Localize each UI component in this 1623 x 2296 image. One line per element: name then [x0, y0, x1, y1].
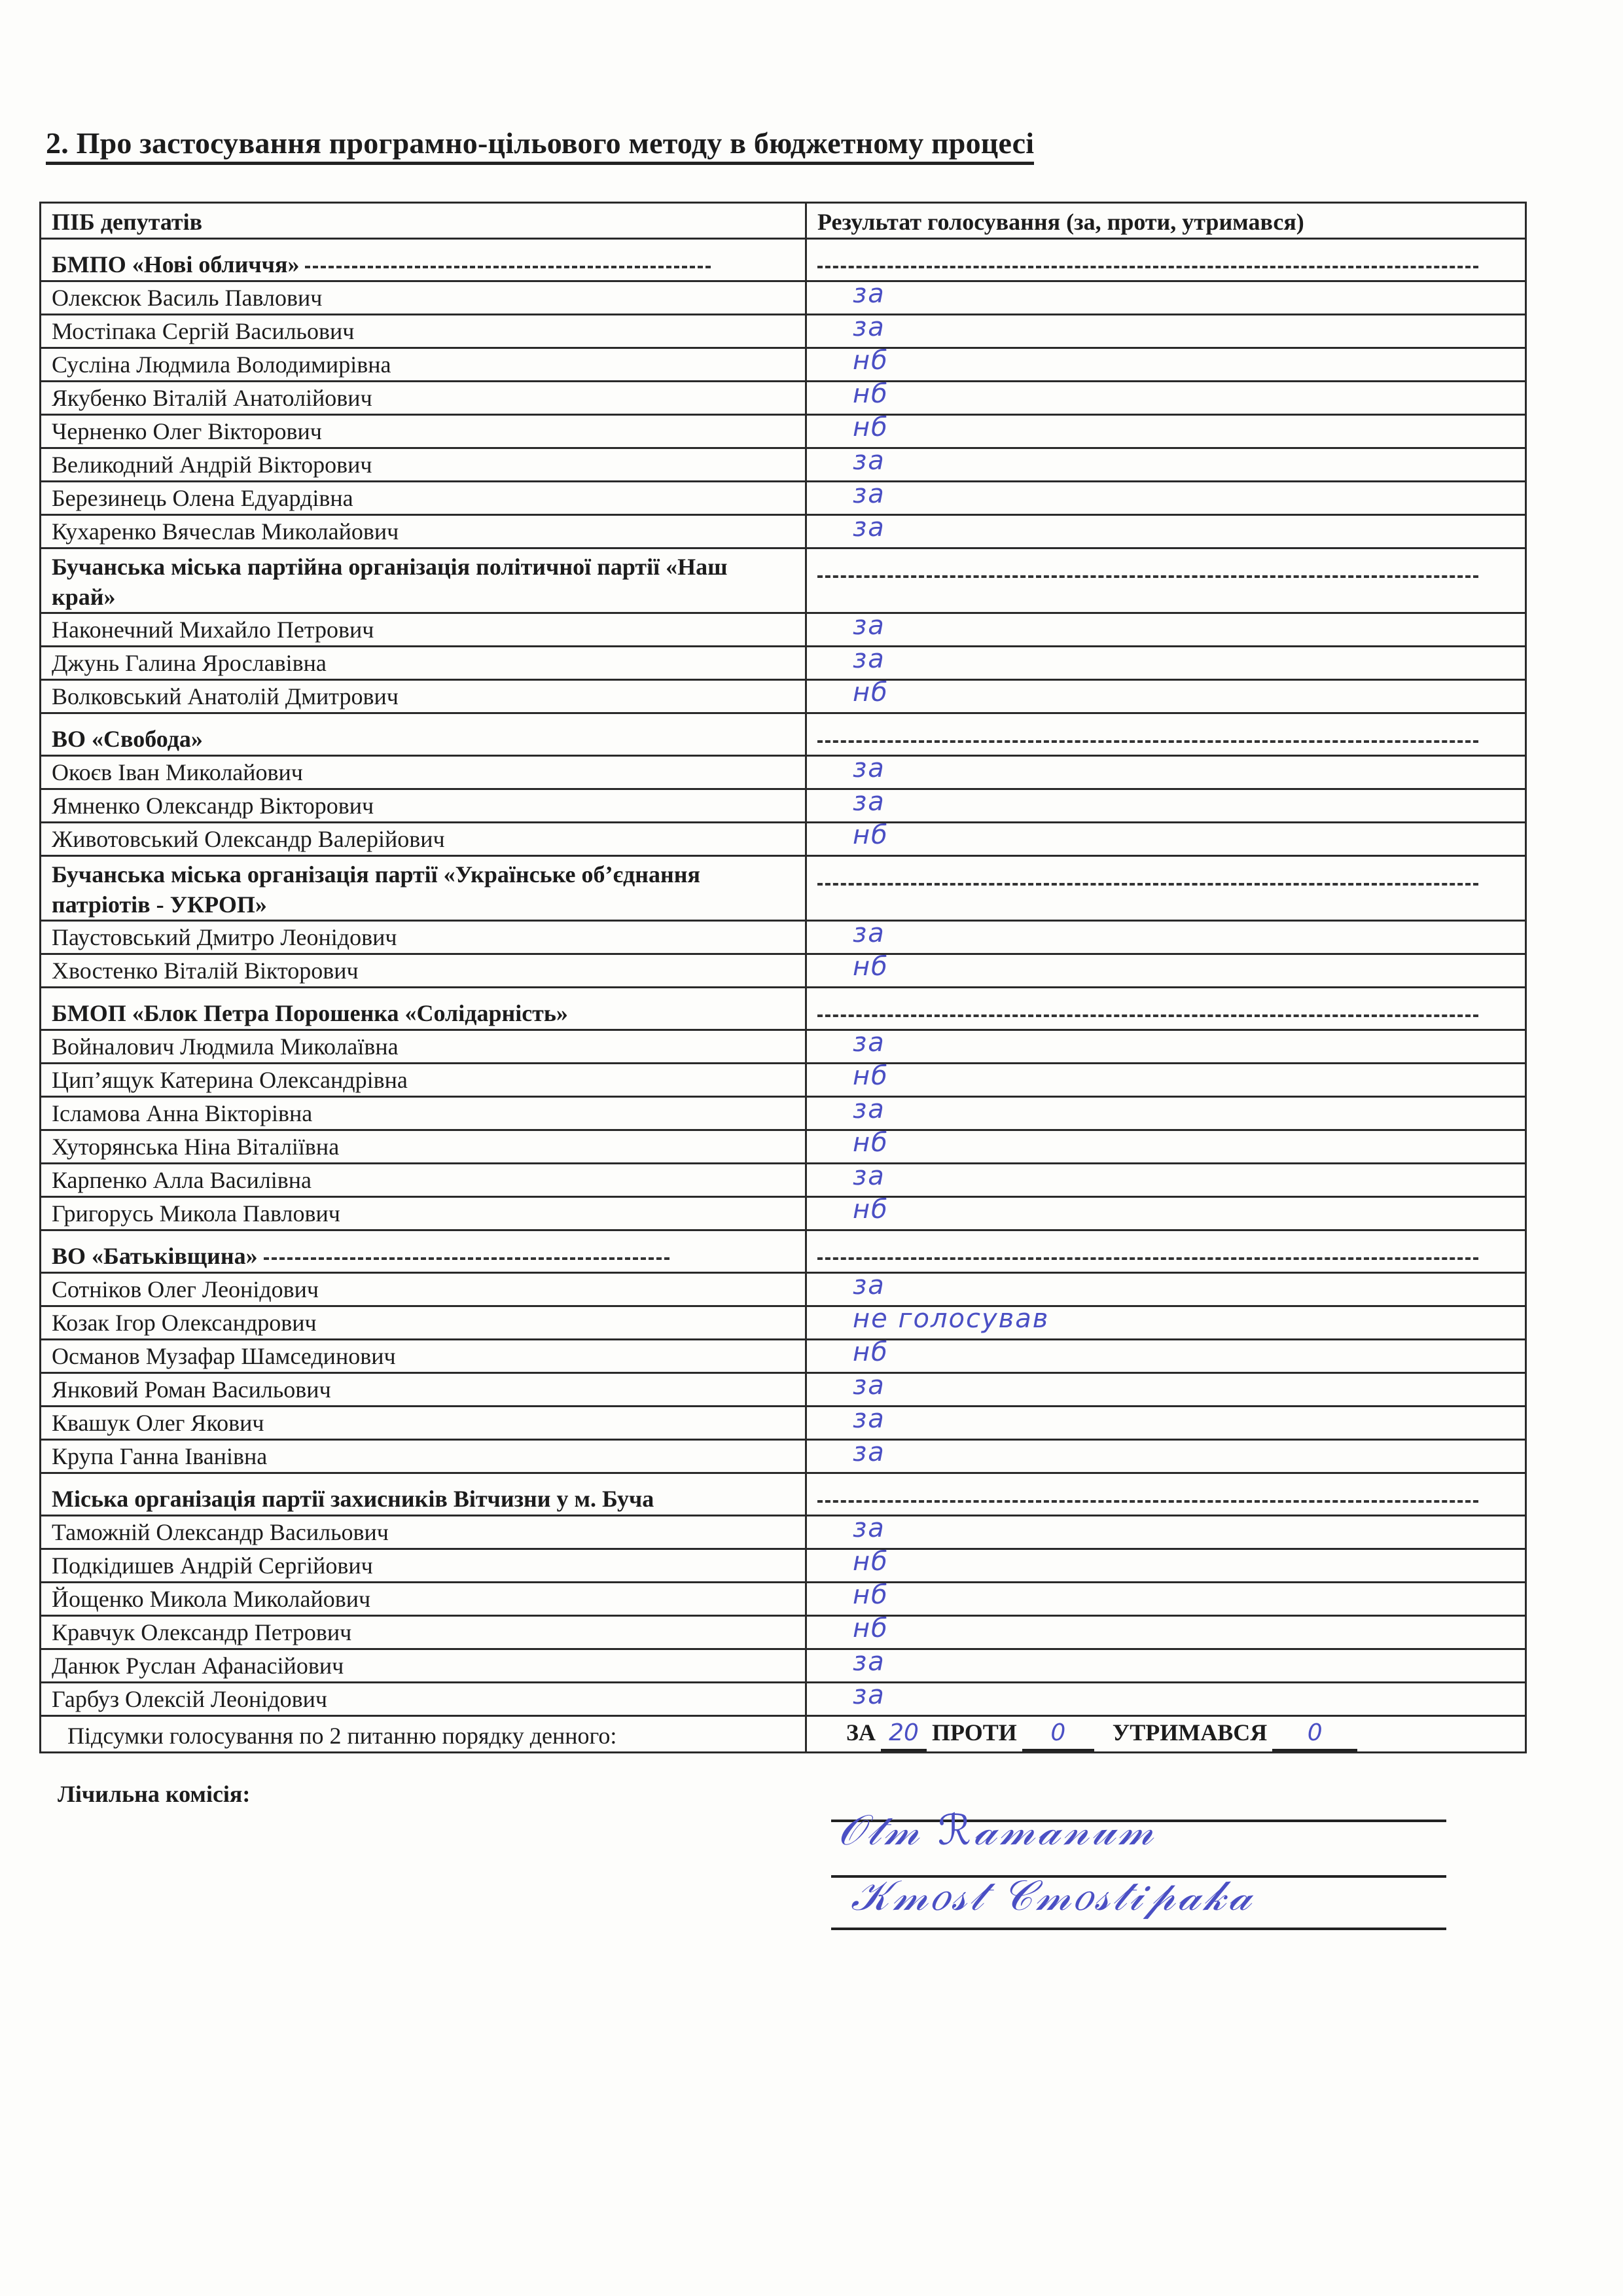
row-label: Джунь Галина Ярославівна [52, 650, 327, 676]
vote-result: за [806, 1373, 1526, 1407]
row-label: Якубенко Віталій Анатолійович [52, 385, 372, 411]
vote-result: нб [806, 1130, 1526, 1164]
deputy-row: Паустовський Дмитро Леонідовичза [41, 921, 1526, 954]
dash-separator [817, 1257, 1478, 1260]
party-name: Бучанська міська організація партії «Укр… [41, 856, 806, 921]
vote-result [806, 856, 1526, 921]
deputy-name: Григорусь Микола Павлович [41, 1197, 806, 1230]
deputy-row: Янковий Роман Васильовичза [41, 1373, 1526, 1407]
deputy-name: Гарбуз Олексій Леонідович [41, 1683, 806, 1716]
handwritten-vote: нб [853, 677, 889, 708]
commission-label: Лічильна комісія: [58, 1780, 250, 1808]
deputy-row: Ісламова Анна Вікторівназа [41, 1097, 1526, 1130]
deputy-row: Карпенко Алла Василівназа [41, 1164, 1526, 1197]
row-label: Паустовський Дмитро Леонідович [52, 924, 397, 950]
handwritten-vote: нб [853, 412, 889, 443]
row-label: Григорусь Микола Павлович [52, 1200, 340, 1227]
party-group-row: БМПО «Нові обличчя» [41, 239, 1526, 281]
row-label: Животовський Олександр Валерійович [52, 826, 445, 852]
handwritten-vote: за [853, 786, 885, 817]
row-label: Черненко Олег Вікторович [52, 418, 322, 444]
proty-label: ПРОТИ [932, 1719, 1017, 1746]
deputy-row: Березинець Олена Едуардівназа [41, 482, 1526, 515]
dash-separator [817, 1500, 1478, 1503]
document-title: 2. Про застосування програмно-цільового … [46, 126, 1034, 165]
row-label: Хуторянська Ніна Віталіївна [52, 1134, 339, 1160]
deputy-row: Подкідишев Андрій Сергійовичнб [41, 1549, 1526, 1583]
vote-result [806, 988, 1526, 1030]
row-label: Войналович Людмила Миколаївна [52, 1033, 399, 1060]
vote-result: нб [806, 348, 1526, 382]
handwritten-vote: за [853, 1160, 885, 1192]
row-label: Квашук Олег Якович [52, 1410, 264, 1436]
handwritten-vote: за [853, 918, 885, 949]
deputy-name: Йощенко Микола Миколайович [41, 1583, 806, 1616]
handwritten-vote: нб [853, 819, 889, 851]
vote-result: за [806, 756, 1526, 789]
deputy-name: Якубенко Віталій Анатолійович [41, 382, 806, 415]
row-label: БМОП «Блок Петра Порошенка «Солідарність… [52, 1000, 568, 1026]
deputy-row: Великодний Андрій Вікторовичза [41, 448, 1526, 482]
deputy-row: Животовський Олександр Валерійовичнб [41, 823, 1526, 856]
vote-result: нб [806, 1583, 1526, 1616]
row-label: Кухаренко Вячеслав Миколайович [52, 518, 399, 545]
deputy-row: Ямненко Олександр Вікторовичза [41, 789, 1526, 823]
deputy-name: Окоєв Іван Миколайович [41, 756, 806, 789]
row-label: ВО «Свобода» [52, 726, 203, 752]
vote-result: нб [806, 823, 1526, 856]
handwritten-vote: за [853, 1370, 885, 1401]
deputy-row: Окоєв Іван Миколайовичза [41, 756, 1526, 789]
party-group-row: ВО «Свобода» [41, 713, 1526, 756]
handwritten-vote: за [853, 1437, 885, 1468]
row-label: Крупа Ганна Іванівна [52, 1443, 267, 1469]
deputy-name: Таможній Олександр Васильович [41, 1516, 806, 1549]
vote-result: за [806, 613, 1526, 647]
vote-result: за [806, 1683, 1526, 1716]
za-value: 20 [881, 1717, 927, 1751]
deputy-name: Великодний Андрій Вікторович [41, 448, 806, 482]
handwritten-vote: нб [853, 1127, 889, 1158]
row-label: Олексюк Василь Павлович [52, 285, 322, 311]
vote-result: за [806, 482, 1526, 515]
row-label: Гарбуз Олексій Леонідович [52, 1686, 327, 1712]
deputy-name: Крупа Ганна Іванівна [41, 1440, 806, 1473]
party-group-row: БМОП «Блок Петра Порошенка «Солідарність… [41, 988, 1526, 1030]
deputy-name: Черненко Олег Вікторович [41, 415, 806, 448]
vote-result: нб [806, 680, 1526, 713]
deputy-name: Волковський Анатолій Дмитрович [41, 680, 806, 713]
vote-result: нб [806, 1549, 1526, 1583]
row-label: Османов Музафар Шамсединович [52, 1343, 396, 1369]
row-label: БМПО «Нові обличчя» [52, 251, 299, 278]
party-group-row: ВО «Батьківщина» [41, 1230, 1526, 1273]
vote-result: нб [806, 1340, 1526, 1373]
row-label: ВО «Батьківщина» [52, 1243, 258, 1269]
deputy-name: Карпенко Алла Василівна [41, 1164, 806, 1197]
row-label: Великодний Андрій Вікторович [52, 452, 372, 478]
table-header-row: ПІБ депутатів Результат голосування (за,… [41, 203, 1526, 239]
vote-result [806, 1473, 1526, 1516]
deputy-row: Козак Ігор Олександровичне голосував [41, 1306, 1526, 1340]
deputy-name: Сусліна Людмила Володимирівна [41, 348, 806, 382]
deputy-name: Наконечний Михайло Петрович [41, 613, 806, 647]
handwritten-vote: за [853, 643, 885, 675]
deputy-row: Крупа Ганна Іванівназа [41, 1440, 1526, 1473]
party-name: ВО «Батьківщина» [41, 1230, 806, 1273]
vote-result: за [806, 789, 1526, 823]
deputy-name: Березинець Олена Едуардівна [41, 482, 806, 515]
deputy-row: Волковський Анатолій Дмитровичнб [41, 680, 1526, 713]
utrymavsya-value: 0 [1272, 1717, 1357, 1751]
vote-result: за [806, 448, 1526, 482]
handwritten-vote: за [853, 1679, 885, 1711]
row-label: Волковський Анатолій Дмитрович [52, 683, 399, 709]
deputy-row: Хвостенко Віталій Вікторовичнб [41, 954, 1526, 988]
deputy-row: Гарбуз Олексій Леонідовичза [41, 1683, 1526, 1716]
handwritten-vote: не голосував [853, 1303, 1049, 1335]
signature-line [831, 1928, 1446, 1930]
vote-result: за [806, 281, 1526, 315]
handwritten-vote: нб [853, 1336, 889, 1368]
dash-separator [817, 883, 1478, 886]
deputy-row: Кухаренко Вячеслав Миколайовичза [41, 515, 1526, 548]
row-label: Данюк Руслан Афанасійович [52, 1653, 344, 1679]
handwritten-vote: нб [853, 951, 889, 982]
row-label: Бучанська міська організація партії «Укр… [52, 861, 700, 918]
party-name: БМПО «Нові обличчя» [41, 239, 806, 281]
za-label: ЗА [846, 1719, 876, 1746]
dash-separator [817, 575, 1478, 578]
deputy-name: Ісламова Анна Вікторівна [41, 1097, 806, 1130]
handwritten-vote: за [853, 1270, 885, 1301]
vote-result: нб [806, 1197, 1526, 1230]
handwritten-vote: за [853, 512, 885, 543]
row-label: Ісламова Анна Вікторівна [52, 1100, 312, 1126]
deputy-row: Григорусь Микола Павловичнб [41, 1197, 1526, 1230]
dash-separator [817, 740, 1478, 743]
handwritten-vote: за [853, 445, 885, 476]
row-label: Міська організація партії захисників Віт… [52, 1486, 654, 1512]
row-label: Мостіпака Сергій Васильович [52, 318, 354, 344]
party-name: Міська організація партії захисників Віт… [41, 1473, 806, 1516]
handwritten-vote: нб [853, 345, 889, 376]
row-label: Наконечний Михайло Петрович [52, 617, 374, 643]
header-result-column: Результат голосування (за, проти, утрима… [806, 203, 1526, 239]
utrymavsya-label: УТРИМАВСЯ [1113, 1719, 1267, 1746]
vote-result: за [806, 1440, 1526, 1473]
row-label: Бучанська міська партійна організація по… [52, 554, 727, 610]
vote-result: нб [806, 1064, 1526, 1097]
handwritten-vote: нб [853, 378, 889, 410]
vote-result: за [806, 1407, 1526, 1440]
row-label: Березинець Олена Едуардівна [52, 485, 353, 511]
deputy-row: Войналович Людмила Миколаївназа [41, 1030, 1526, 1064]
party-group-row: Бучанська міська організація партії «Укр… [41, 856, 1526, 921]
deputy-name: Кухаренко Вячеслав Миколайович [41, 515, 806, 548]
deputy-name: Ямненко Олександр Вікторович [41, 789, 806, 823]
handwritten-vote: за [853, 1513, 885, 1544]
deputy-name: Козак Ігор Олександрович [41, 1306, 806, 1340]
handwritten-vote: за [853, 478, 885, 510]
header-name-column: ПІБ депутатів [41, 203, 806, 239]
deputy-name: Подкідишев Андрій Сергійович [41, 1549, 806, 1583]
handwritten-vote: за [853, 1646, 885, 1677]
row-label: Козак Ігор Олександрович [52, 1310, 317, 1336]
deputy-name: Османов Музафар Шамсединович [41, 1340, 806, 1373]
vote-result: за [806, 647, 1526, 680]
row-label: Подкідишев Андрій Сергійович [52, 1552, 373, 1579]
deputy-row: Таможній Олександр Васильовичза [41, 1516, 1526, 1549]
deputy-row: Якубенко Віталій Анатолійовичнб [41, 382, 1526, 415]
summary-row: Підсумки голосування по 2 питанню порядк… [41, 1716, 1526, 1753]
handwritten-vote: нб [853, 1613, 889, 1644]
deputy-name: Хуторянська Ніна Віталіївна [41, 1130, 806, 1164]
vote-result: за [806, 1164, 1526, 1197]
row-label: Цип’ящук Катерина Олександрівна [52, 1067, 408, 1093]
deputy-row: Мостіпака Сергій Васильовичза [41, 315, 1526, 348]
handwritten-vote: за [853, 610, 885, 641]
summary-totals: ЗА20ПРОТИ0УТРИМАВСЯ0 [806, 1716, 1526, 1753]
handwritten-vote: за [853, 753, 885, 784]
vote-result: за [806, 1273, 1526, 1306]
deputy-name: Животовський Олександр Валерійович [41, 823, 806, 856]
deputy-row: Сусліна Людмила Володимирівнанб [41, 348, 1526, 382]
row-label: Янковий Роман Васильович [52, 1376, 331, 1403]
deputy-row: Джунь Галина Ярославівназа [41, 647, 1526, 680]
vote-result: нб [806, 382, 1526, 415]
deputy-row: Данюк Руслан Афанасійовичза [41, 1649, 1526, 1683]
deputy-name: Сотніков Олег Леонідович [41, 1273, 806, 1306]
handwritten-vote: нб [853, 1060, 889, 1092]
deputy-row: Сотніков Олег Леонідовичза [41, 1273, 1526, 1306]
deputy-row: Османов Музафар Шамсединовичнб [41, 1340, 1526, 1373]
deputy-row: Олексюк Василь Павловичза [41, 281, 1526, 315]
deputy-name: Мостіпака Сергій Васильович [41, 315, 806, 348]
deputy-row: Цип’ящук Катерина Олександрівнанб [41, 1064, 1526, 1097]
vote-result: за [806, 1516, 1526, 1549]
party-group-row: Бучанська міська партійна організація по… [41, 548, 1526, 613]
handwritten-vote: за [853, 1094, 885, 1125]
party-name: Бучанська міська партійна організація по… [41, 548, 806, 613]
vote-result: за [806, 1097, 1526, 1130]
party-group-row: Міська організація партії захисників Віт… [41, 1473, 1526, 1516]
row-label: Ямненко Олександр Вікторович [52, 793, 374, 819]
deputy-name: Джунь Галина Ярославівна [41, 647, 806, 680]
deputy-row: Йощенко Микола Миколайовичнб [41, 1583, 1526, 1616]
row-label: Карпенко Алла Василівна [52, 1167, 312, 1193]
signature-1: 𝒪𝓉𝓂 ℛ𝒶𝓂𝒶𝓃𝓊𝓂 [838, 1806, 1156, 1855]
handwritten-vote: нб [853, 1546, 889, 1577]
row-label: Кравчук Олександр Петрович [52, 1619, 351, 1645]
vote-result: за [806, 1030, 1526, 1064]
deputy-row: Квашук Олег Яковичза [41, 1407, 1526, 1440]
deputy-name: Кравчук Олександр Петрович [41, 1616, 806, 1649]
row-label: Сотніков Олег Леонідович [52, 1276, 319, 1302]
vote-result: за [806, 315, 1526, 348]
vote-result: нб [806, 954, 1526, 988]
deputy-name: Хвостенко Віталій Вікторович [41, 954, 806, 988]
summary-label: Підсумки голосування по 2 питанню порядк… [41, 1716, 806, 1753]
vote-result [806, 713, 1526, 756]
deputy-row: Хуторянська Ніна Віталіївнанб [41, 1130, 1526, 1164]
deputy-row: Кравчук Олександр Петровичнб [41, 1616, 1526, 1649]
deputy-name: Данюк Руслан Афанасійович [41, 1649, 806, 1683]
vote-result [806, 239, 1526, 281]
vote-result: за [806, 1649, 1526, 1683]
deputy-row: Черненко Олег Вікторовичнб [41, 415, 1526, 448]
deputy-name: Квашук Олег Якович [41, 1407, 806, 1440]
row-label: Йощенко Микола Миколайович [52, 1586, 370, 1612]
deputy-name: Цип’ящук Катерина Олександрівна [41, 1064, 806, 1097]
vote-result: не голосував [806, 1306, 1526, 1340]
handwritten-vote: за [853, 278, 885, 310]
handwritten-vote: за [853, 1027, 885, 1058]
vote-result: за [806, 921, 1526, 954]
vote-result: за [806, 515, 1526, 548]
dash-separator [264, 1257, 669, 1260]
dash-separator [305, 266, 711, 268]
party-name: БМОП «Блок Петра Порошенка «Солідарність… [41, 988, 806, 1030]
handwritten-vote: нб [853, 1194, 889, 1225]
vote-result [806, 1230, 1526, 1273]
row-label: Окоєв Іван Миколайович [52, 759, 303, 785]
row-label: Сусліна Людмила Володимирівна [52, 351, 391, 378]
signature-2: 𝒦𝓂𝑜𝓈𝓉 𝒞𝓂𝑜𝓈𝓉𝒾𝓅𝒶𝓀𝒶 [851, 1872, 1254, 1920]
vote-result: нб [806, 1616, 1526, 1649]
vote-result [806, 548, 1526, 613]
proty-value: 0 [1022, 1717, 1094, 1751]
party-name: ВО «Свобода» [41, 713, 806, 756]
deputy-row: Наконечний Михайло Петровичза [41, 613, 1526, 647]
deputy-name: Олексюк Василь Павлович [41, 281, 806, 315]
dash-separator [817, 266, 1478, 268]
row-label: Таможній Олександр Васильович [52, 1519, 389, 1545]
vote-result: нб [806, 415, 1526, 448]
dash-separator [817, 1014, 1478, 1017]
deputy-name: Паустовський Дмитро Леонідович [41, 921, 806, 954]
row-label: Хвостенко Віталій Вікторович [52, 958, 359, 984]
handwritten-vote: за [853, 1403, 885, 1435]
voting-table: ПІБ депутатів Результат голосування (за,… [39, 202, 1527, 1753]
handwritten-vote: нб [853, 1579, 889, 1611]
deputy-name: Войналович Людмила Миколаївна [41, 1030, 806, 1064]
deputy-name: Янковий Роман Васильович [41, 1373, 806, 1407]
handwritten-vote: за [853, 312, 885, 343]
